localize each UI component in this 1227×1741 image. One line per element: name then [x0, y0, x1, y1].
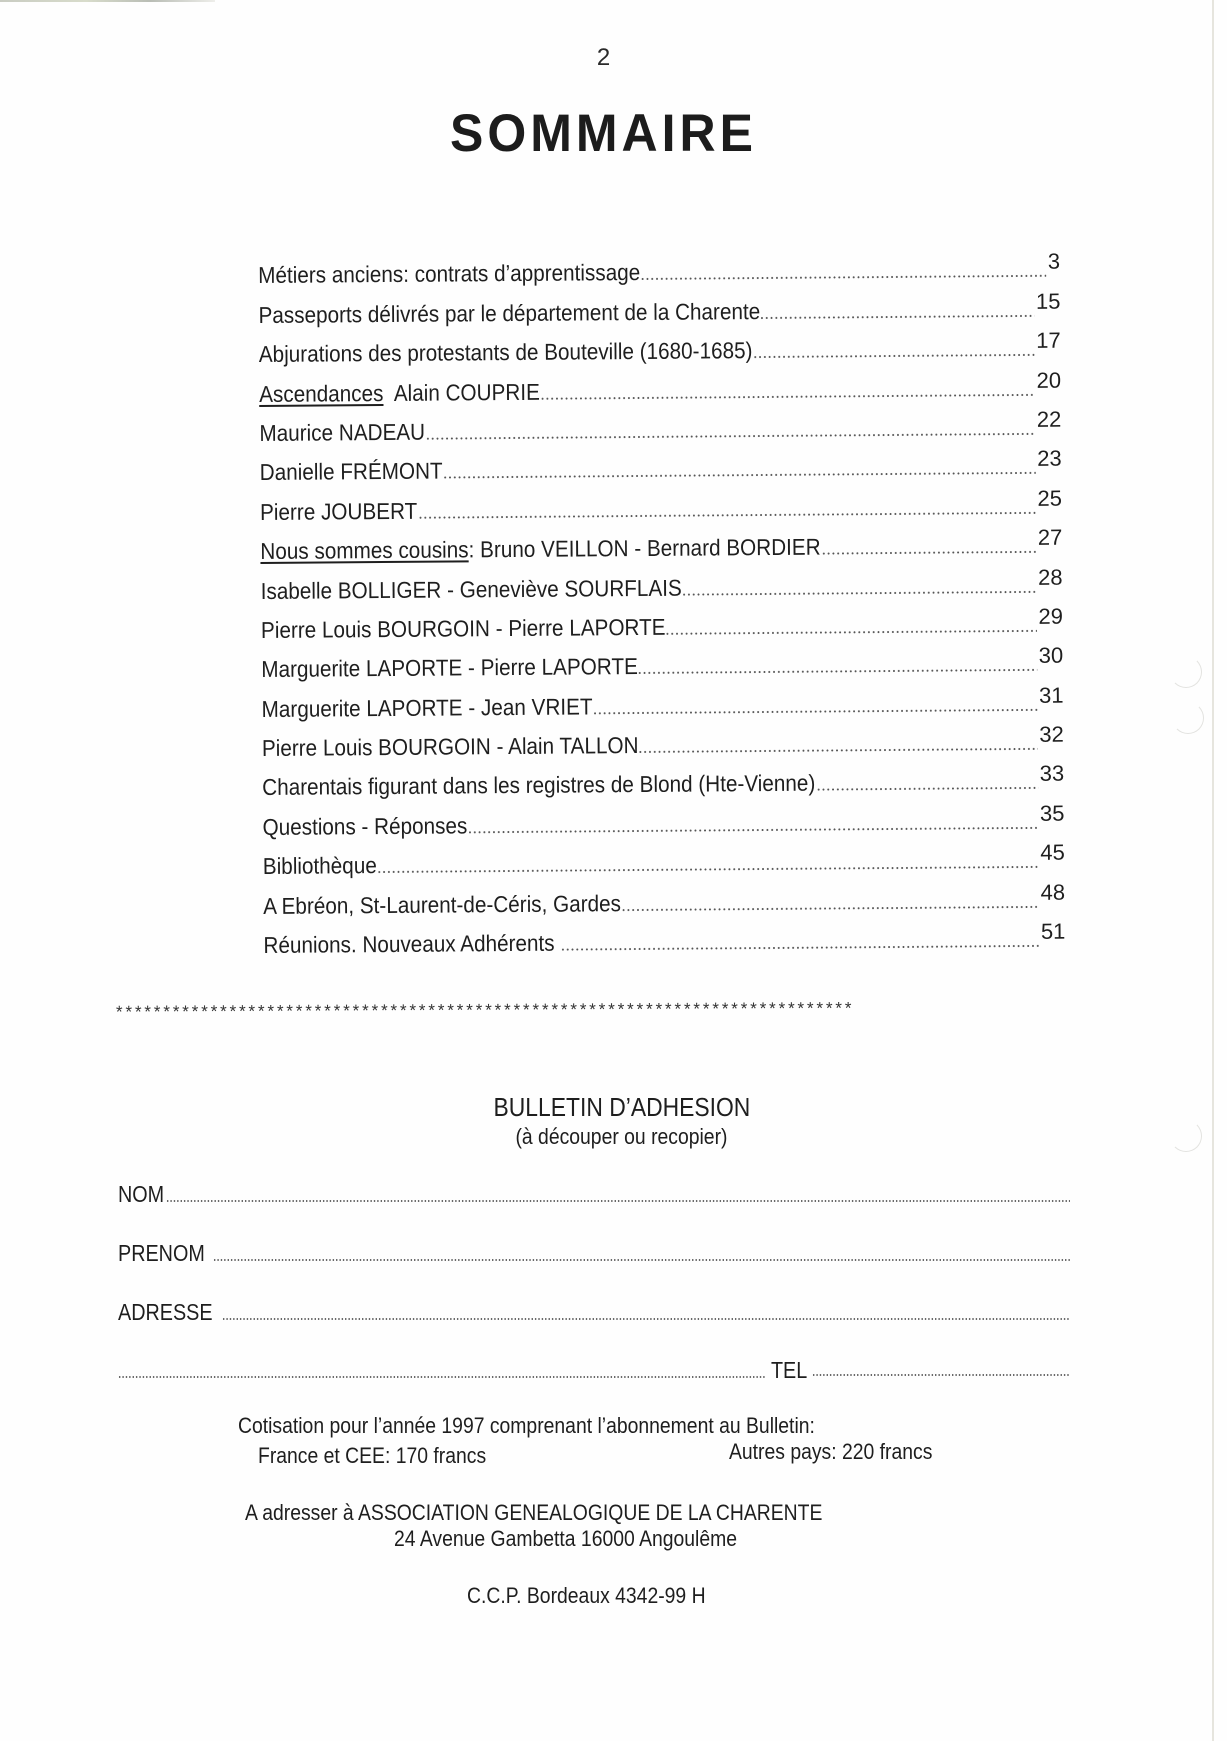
toc-entry-title: A Ebréon, St-Laurent-de-Céris, Gardes	[263, 890, 621, 920]
dot-leader	[593, 709, 1037, 714]
address-line1: A adresser à ASSOCIATION GENEALOGIQUE DE…	[245, 1500, 822, 1526]
toc-page-number: 51	[1041, 919, 1066, 945]
toc-entry-text: Maurice NADEAU	[259, 419, 425, 446]
toc-entry-title: Questions - Réponses	[262, 812, 467, 841]
toc-page-number: 32	[1039, 722, 1064, 748]
dot-leader	[377, 866, 1038, 873]
toc-entry[interactable]: Pierre Louis BOURGOIN - Pierre LAPORTE29	[261, 598, 1063, 644]
address-line2: 24 Avenue Gambetta 16000 Angoulême	[394, 1526, 737, 1552]
punch-hole	[1172, 702, 1204, 734]
toc-page-number: 30	[1039, 643, 1064, 669]
adresse-field[interactable]: ADRESSE	[118, 1296, 1070, 1326]
toc-entry-title: Maurice NADEAU	[259, 419, 425, 447]
adresse-tel-field[interactable]: TEL	[118, 1354, 1070, 1384]
tel-label: TEL	[769, 1357, 809, 1384]
form-subtitle: (à découper ou recopier)	[0, 1124, 1227, 1150]
dot-leader	[682, 590, 1036, 595]
toc-entry-text: Danielle FRÉMONT	[260, 458, 443, 485]
toc-entry-title: Réunions. Nouveaux Adhérents	[263, 930, 560, 959]
toc-entry[interactable]: Réunions. Nouveaux Adhérents 51	[263, 913, 1065, 959]
punch-hole	[1170, 656, 1202, 688]
toc-page-number: 23	[1037, 446, 1062, 472]
toc-entry-title: Pierre Louis BOURGOIN - Pierre LAPORTE	[261, 614, 665, 644]
prenom-label: PRENOM	[118, 1240, 205, 1267]
toc-section-label: Ascendances	[259, 380, 383, 407]
page-number: 2	[0, 44, 1207, 72]
toc-entry-text: A Ebréon, St-Laurent-de-Céris, Gardes	[263, 890, 621, 919]
toc-entry[interactable]: Pierre JOUBERT25	[260, 480, 1062, 526]
toc-page-number: 29	[1038, 604, 1063, 630]
toc-entry-text: Métiers anciens: contrats d’apprentissag…	[258, 259, 640, 288]
toc-entry-title: Ascendances Alain COUPRIE	[259, 378, 540, 407]
dot-leader	[640, 275, 1046, 280]
toc-entry[interactable]: Passeports délivrés par le département d…	[258, 283, 1060, 329]
dot-leader	[560, 945, 1039, 951]
toc-entry-title: Nous sommes cousins: Bruno VEILLON - Ber…	[260, 534, 821, 565]
toc-entry-title: Marguerite LAPORTE - Pierre LAPORTE	[261, 653, 637, 683]
subscription-line: Cotisation pour l’année 1997 comprenant …	[238, 1413, 815, 1439]
page-edge	[1212, 0, 1214, 1741]
toc-section-label: Nous sommes cousins	[260, 536, 468, 564]
toc-entry-text: Marguerite LAPORTE - Pierre LAPORTE	[261, 653, 638, 682]
dot-leader	[621, 906, 1038, 911]
adresse-label: ADRESSE	[118, 1299, 213, 1326]
toc-page-number: 48	[1040, 879, 1065, 905]
dot-leader	[540, 393, 1035, 399]
toc-entry-title: Bibliothèque	[263, 852, 378, 880]
scan-edge-artifact	[0, 0, 215, 2]
toc-entry-title: Métiers anciens: contrats d’apprentissag…	[258, 259, 640, 289]
ccp-account: C.C.P. Bordeaux 4342-99 H	[467, 1583, 706, 1609]
tel-input-line[interactable]	[812, 1374, 1070, 1376]
toc-page-number: 28	[1038, 564, 1063, 590]
dot-leader	[442, 472, 1035, 479]
dot-leader	[468, 827, 1038, 833]
form-title-text: BULLETIN D’ADHESION	[493, 1092, 750, 1123]
toc-entry-text: Questions - Réponses	[262, 812, 467, 840]
form-subtitle-text: (à découper ou recopier)	[515, 1124, 727, 1150]
toc-entry[interactable]: Charentais figurant dans les registres d…	[262, 756, 1064, 802]
price-france-cee: France et CEE: 170 francs	[258, 1443, 486, 1469]
separator-asterisks: ****************************************…	[116, 997, 1091, 1022]
toc-page-number: 25	[1037, 485, 1062, 511]
prenom-field[interactable]: PRENOM	[118, 1237, 1070, 1267]
toc-page-number: 20	[1036, 367, 1061, 393]
toc-entry[interactable]: Marguerite LAPORTE - Pierre LAPORTE30	[261, 638, 1063, 684]
toc-page-number: 27	[1038, 525, 1063, 551]
adresse-input-line[interactable]	[222, 1318, 1070, 1320]
adresse-line2-input[interactable]	[118, 1376, 766, 1378]
toc-entry-text: Pierre Louis BOURGOIN - Pierre LAPORTE	[261, 614, 666, 643]
toc-entry-text: Pierre JOUBERT	[260, 497, 417, 524]
toc-entry-text: Charentais figurant dans les registres d…	[262, 770, 815, 800]
toc-entry-text: Bibliothèque	[263, 852, 377, 879]
dot-leader	[760, 315, 1034, 319]
toc-page-number: 3	[1048, 249, 1060, 275]
nom-label: NOM	[118, 1181, 164, 1208]
dot-leader	[425, 433, 1035, 440]
dot-leader	[418, 512, 1036, 519]
form-title: BULLETIN D’ADHESION	[0, 1092, 1227, 1123]
nom-input-line[interactable]	[166, 1200, 1070, 1202]
toc-page-number: 35	[1040, 801, 1065, 827]
toc-entry[interactable]: Nous sommes cousins: Bruno VEILLON - Ber…	[260, 519, 1062, 565]
dot-leader	[638, 669, 1037, 674]
toc-page-number: 31	[1039, 682, 1064, 708]
toc-entry[interactable]: Pierre Louis BOURGOIN - Alain TALLON32	[262, 716, 1064, 762]
dot-leader	[816, 787, 1038, 791]
toc-entry-title: Abjurations des protestants de Boutevill…	[259, 337, 753, 368]
toc-entry-title: Pierre Louis BOURGOIN - Alain TALLON	[262, 732, 638, 762]
toc-entry[interactable]: Danielle FRÉMONT23	[260, 441, 1062, 487]
page-title: SOMMAIRE	[0, 103, 1207, 164]
toc-entry[interactable]: Bibliothèque45	[263, 835, 1065, 881]
toc-entry[interactable]: Maurice NADEAU22	[259, 401, 1061, 447]
toc-entry-title: Isabelle BOLLIGER - Geneviève SOURFLAIS	[261, 574, 682, 604]
toc-entry[interactable]: Ascendances Alain COUPRIE20	[259, 362, 1061, 408]
dot-leader	[638, 748, 1037, 753]
toc-entry-text: Abjurations des protestants de Boutevill…	[259, 337, 753, 367]
toc-page-number: 45	[1040, 840, 1065, 866]
toc-entry[interactable]: Questions - Réponses35	[262, 795, 1064, 841]
toc-entry-title: Passeports délivrés par le département d…	[258, 298, 759, 329]
toc-entry-title: Pierre JOUBERT	[260, 497, 418, 525]
toc-entry[interactable]: Isabelle BOLLIGER - Geneviève SOURFLAIS2…	[260, 559, 1062, 605]
nom-field[interactable]: NOM	[118, 1178, 1070, 1208]
toc-entry-text: Passeports délivrés par le département d…	[258, 298, 760, 328]
price-other-countries: Autres pays: 220 francs	[729, 1439, 932, 1465]
dot-leader	[665, 630, 1036, 635]
dot-leader	[753, 354, 1034, 358]
toc-entry-text: Marguerite LAPORTE - Jean VRIET	[262, 693, 593, 722]
toc-page-number: 15	[1036, 288, 1061, 314]
table-of-contents: Métiers anciens: contrats d’apprentissag…	[258, 244, 1066, 959]
toc-entry-text: Alain COUPRIE	[383, 378, 540, 405]
toc-entry-title: Marguerite LAPORTE - Jean VRIET	[262, 693, 593, 723]
toc-page-number: 33	[1040, 761, 1065, 787]
toc-page-number: 17	[1036, 328, 1061, 354]
toc-page-number: 22	[1037, 407, 1062, 433]
toc-entry-text: Réunions. Nouveaux Adhérents	[263, 930, 560, 958]
toc-entry-title: Danielle FRÉMONT	[260, 458, 443, 486]
toc-entry[interactable]: Abjurations des protestants de Boutevill…	[259, 322, 1061, 368]
toc-entry-text: Isabelle BOLLIGER - Geneviève SOURFLAIS	[261, 574, 682, 603]
toc-entry-text: : Bruno VEILLON - Bernard BORDIER	[468, 534, 820, 563]
toc-entry[interactable]: A Ebréon, St-Laurent-de-Céris, Gardes48	[263, 874, 1065, 920]
toc-entry[interactable]: Marguerite LAPORTE - Jean VRIET31	[261, 677, 1063, 723]
dot-leader	[821, 551, 1036, 555]
toc-entry[interactable]: Métiers anciens: contrats d’apprentissag…	[258, 244, 1060, 290]
prenom-input-line[interactable]	[213, 1259, 1070, 1261]
toc-entry-title: Charentais figurant dans les registres d…	[262, 770, 816, 801]
toc-entry-text: Pierre Louis BOURGOIN - Alain TALLON	[262, 732, 639, 761]
